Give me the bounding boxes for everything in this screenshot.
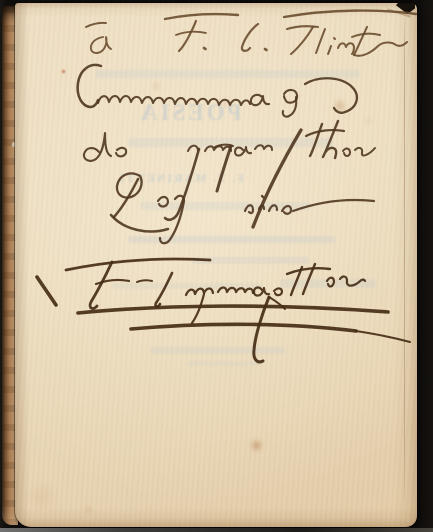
scanner-edge [0, 528, 433, 532]
inscription-line-4 [111, 173, 374, 243]
inscription-signature [37, 259, 410, 362]
book-photo: POESIA F. T. MARINETTI [0, 0, 433, 532]
inscription-line-1 [86, 11, 416, 56]
inscription-line-2 [78, 65, 357, 117]
handwritten-ink [0, 0, 433, 532]
